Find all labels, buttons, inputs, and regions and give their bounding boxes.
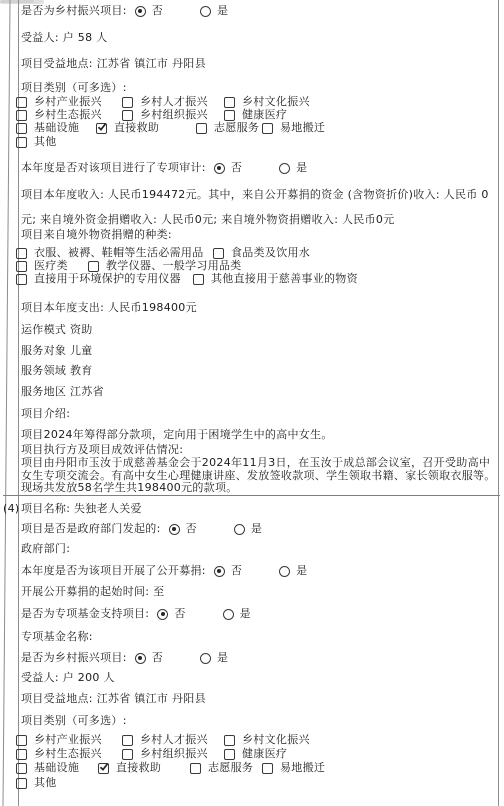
radio-no-label: 否 [231, 564, 242, 578]
radio-yes-icon[interactable] [279, 163, 290, 174]
radio-no-selected-icon[interactable] [135, 653, 146, 664]
field-audit-question: 本年度是否对该项目进行了专项审计: 否 是 [21, 161, 498, 175]
checkbox-icon[interactable] [16, 763, 27, 774]
category-row-1: 乡村产业振兴 乡村人才振兴 乡村文化振兴 [0, 95, 504, 109]
radio-yes-label: 是 [217, 4, 228, 18]
checkbox-label: 直接救助 [114, 121, 159, 135]
field-benefit-location: 项目受益地点: 江苏省 镇江市 丹阳县 [21, 57, 498, 71]
category-option[interactable]: 健康医疗 [224, 747, 287, 761]
checkbox-label: 教学仪器、一般学习用品类 [106, 259, 242, 273]
checkbox-label: 乡村产业振兴 [34, 733, 102, 747]
checkbox-label: 健康医疗 [242, 747, 287, 761]
category-option[interactable]: 健康医疗 [224, 108, 287, 122]
checkbox-icon[interactable] [122, 749, 133, 760]
checkbox-icon[interactable] [122, 735, 133, 746]
checkbox-icon[interactable] [224, 97, 235, 108]
checkbox-icon[interactable] [224, 749, 235, 760]
checkbox-label: 乡村生态振兴 [34, 747, 102, 761]
radio-yes-label: 是 [296, 161, 307, 175]
field-text: 开展公开募捐的起始时间: 至 [21, 585, 164, 598]
category-row-4: 其他 [0, 776, 504, 790]
field-text: 受益人: 户 58 人 [21, 31, 108, 44]
checkbox-checked-icon[interactable] [98, 763, 109, 774]
category-option[interactable]: 乡村产业振兴 [16, 95, 102, 109]
field-text: 服务对象 儿童 [21, 344, 93, 357]
field-category-label: 项目类别（可多选）: [21, 81, 498, 95]
checkbox-label: 直接救助 [116, 761, 161, 775]
field-label: 本年度是否对该项目进行了专项审计: [21, 161, 206, 175]
field-beneficiary: 受益人: 户 58 人 [21, 31, 498, 45]
field-project-name: 项目名称: 失独老人关爱 [21, 502, 498, 516]
field-text: 专项基金名称: [21, 630, 93, 643]
field-annual-income: 项目本年度收入: 人民币194472元。其中，来自公开募捐的资金 (含物资折价)… [21, 183, 498, 232]
field-beneficiary: 受益人: 户 200 人 [21, 671, 498, 685]
field-operation-mode: 运作模式 资助 [21, 323, 498, 337]
category-option[interactable]: 乡村产业振兴 [16, 733, 102, 747]
checkbox-label: 乡村组织振兴 [140, 108, 208, 122]
field-evaluation-label: 项目执行方及项目成效评估情况: [21, 443, 498, 457]
field-label: 是否为专项基金支持项目: [21, 607, 149, 621]
checkmark-icon [97, 122, 107, 132]
checkbox-icon[interactable] [16, 274, 27, 285]
category-option-checked[interactable]: 直接救助 [96, 121, 159, 135]
overseas-kind-option[interactable]: 其他直接用于慈善事业的物资 [193, 272, 358, 286]
checkbox-label: 其他 [34, 776, 57, 790]
field-text: 项目名称: 失独老人关爱 [21, 502, 142, 515]
checkbox-label: 乡村生态振兴 [34, 108, 102, 122]
field-text: 项目由丹阳市玉汝于成慈善基金会于2024年11月3日，在玉汝于成总部会议室，召开… [21, 456, 496, 494]
checkbox-label: 基础设施 [34, 121, 79, 135]
checkbox-icon[interactable] [16, 735, 27, 746]
radio-no-label: 否 [152, 651, 163, 665]
category-row-2: 乡村生态振兴 乡村组织振兴 健康医疗 [0, 747, 504, 761]
radio-no-label: 否 [174, 607, 185, 621]
category-option[interactable]: 乡村文化振兴 [224, 95, 310, 109]
radio-no-label: 否 [231, 161, 242, 175]
item-4-marker: (4) [3, 502, 19, 516]
field-overseas-kinds-label: 项目来自境外物资捐赠的种类: [21, 228, 498, 242]
radio-yes-icon[interactable] [200, 6, 211, 17]
radio-no-selected-icon[interactable] [169, 524, 180, 535]
field-text: 服务地区 江苏省 [21, 385, 104, 398]
field-label: 是否为乡村振兴项目: [21, 651, 127, 665]
checkbox-label: 乡村产业振兴 [34, 95, 102, 109]
overseas-kind-option[interactable]: 食品类及饮用水 [213, 246, 310, 260]
field-text: 项目来自境外物资捐赠的种类: [21, 228, 172, 241]
radio-no-selected-icon[interactable] [214, 566, 225, 577]
checkbox-icon[interactable] [224, 735, 235, 746]
overseas-kind-option[interactable]: 衣服、被褥、鞋帽等生活必需用品 [16, 246, 204, 260]
checkbox-icon[interactable] [88, 261, 99, 272]
overseas-kinds-row-2: 医疗类 教学仪器、一般学习用品类 [0, 259, 504, 273]
checkbox-icon[interactable] [224, 110, 235, 121]
radio-no-selected-icon[interactable] [214, 163, 225, 174]
checkbox-label: 其他 [34, 135, 57, 149]
checkbox-label: 乡村人才振兴 [140, 95, 208, 109]
radio-yes-label: 是 [240, 607, 251, 621]
radio-yes-icon[interactable] [234, 524, 245, 535]
checkmark-icon [99, 762, 109, 772]
category-option[interactable]: 乡村人才振兴 [122, 95, 208, 109]
field-text: 项目执行方及项目成效评估情况: [21, 443, 183, 456]
radio-yes-icon[interactable] [223, 609, 234, 620]
section-divider-line [3, 495, 500, 496]
category-row-3: 基础设施 直接救助 志愿服务 易地搬迁 [0, 761, 504, 775]
checkbox-label: 乡村人才振兴 [140, 733, 208, 747]
field-text: 项目本年度收入: 人民币194472元。其中，来自公开募捐的资金 (含物资折价)… [21, 188, 489, 226]
checkbox-icon[interactable] [16, 137, 27, 148]
field-text: 项目受益地点: 江苏省 镇江市 丹阳县 [21, 692, 206, 705]
field-category-label: 项目类别（可多选）: [21, 714, 498, 728]
checkbox-icon[interactable] [122, 97, 133, 108]
category-option[interactable]: 其他 [16, 776, 57, 790]
field-is-rural-project: 是否为乡村振兴项目: 否 是 [21, 4, 498, 18]
checkbox-icon[interactable] [196, 123, 207, 134]
category-option[interactable]: 易地搬迁 [262, 761, 325, 775]
category-option[interactable]: 乡村文化振兴 [224, 733, 310, 747]
checkbox-label: 乡村文化振兴 [242, 95, 310, 109]
field-gov-question: 项目是否是政府部门发起的: 否 是 [21, 522, 498, 536]
field-label: 是否为乡村振兴项目: [21, 4, 127, 18]
checkbox-label: 医疗类 [34, 259, 68, 273]
checkbox-icon[interactable] [16, 749, 27, 760]
field-service-area: 服务地区 江苏省 [21, 385, 498, 399]
checkbox-label: 衣服、被褥、鞋帽等生活必需用品 [34, 246, 204, 260]
field-text: 项目受益地点: 江苏省 镇江市 丹阳县 [21, 57, 206, 70]
category-row-2: 乡村生态振兴 乡村组织振兴 健康医疗 [0, 108, 504, 122]
checkbox-icon[interactable] [16, 261, 27, 272]
checkbox-icon[interactable] [190, 763, 201, 774]
field-text: 项目介绍: [21, 407, 70, 420]
field-text: 项目类别（可多选）: [21, 714, 127, 727]
radio-no-label: 否 [186, 522, 197, 536]
field-fundraise-time: 开展公开募捐的起始时间: 至 [21, 585, 498, 599]
checkbox-checked-icon[interactable] [96, 123, 107, 134]
checkbox-label: 直接用于环境保护的专用仪器 [34, 272, 181, 286]
checkbox-label: 易地搬迁 [280, 761, 325, 775]
field-service-field: 服务领域 教育 [21, 364, 498, 378]
field-text: 受益人: 户 200 人 [21, 671, 115, 684]
radio-yes-label: 是 [217, 651, 228, 665]
radio-no-label: 否 [152, 4, 163, 18]
field-label: 项目是否是政府部门发起的: [21, 522, 161, 536]
checkbox-label: 乡村组织振兴 [140, 747, 208, 761]
checkbox-icon[interactable] [16, 97, 27, 108]
radio-no-selected-icon[interactable] [135, 6, 146, 17]
field-text: 服务领域 教育 [21, 364, 93, 377]
checkbox-icon[interactable] [213, 248, 224, 259]
checkbox-icon[interactable] [16, 123, 27, 134]
field-special-fund-question: 是否为专项基金支持项目: 否 是 [21, 607, 498, 621]
field-benefit-location: 项目受益地点: 江苏省 镇江市 丹阳县 [21, 692, 498, 706]
category-row-1: 乡村产业振兴 乡村人才振兴 乡村文化振兴 [0, 733, 504, 747]
checkbox-icon[interactable] [122, 110, 133, 121]
overseas-kind-option[interactable]: 教学仪器、一般学习用品类 [88, 259, 242, 273]
overseas-kind-option[interactable]: 直接用于环境保护的专用仪器 [16, 272, 181, 286]
checkbox-label: 乡村文化振兴 [242, 733, 310, 747]
checkbox-icon[interactable] [16, 778, 27, 789]
field-gov-dept: 政府部门: [21, 542, 498, 556]
field-label: 本年度是否为该项目开展了公开募捐: [21, 564, 206, 578]
radio-yes-label: 是 [251, 522, 262, 536]
checkbox-label: 志愿服务 [214, 121, 259, 135]
category-option[interactable]: 易地搬迁 [262, 121, 325, 135]
field-text: 项目类别（可多选）: [21, 81, 127, 94]
field-intro-label: 项目介绍: [21, 407, 498, 421]
field-text: 政府部门: [21, 542, 70, 555]
radio-yes-icon[interactable] [279, 566, 290, 577]
overseas-kind-option[interactable]: 医疗类 [16, 259, 68, 273]
checkbox-label: 志愿服务 [208, 761, 253, 775]
field-text: 项目2024年筹得部分款项，定向用于困境学生中的高中女生。 [21, 428, 333, 441]
checkbox-icon[interactable] [262, 123, 273, 134]
category-row-3: 基础设施 直接救助 志愿服务 易地搬迁 [0, 121, 504, 135]
category-option[interactable]: 乡村组织振兴 [122, 108, 208, 122]
radio-yes-icon[interactable] [200, 653, 211, 664]
category-option-checked[interactable]: 直接救助 [98, 761, 161, 775]
overseas-kinds-row-1: 衣服、被褥、鞋帽等生活必需用品 食品类及饮用水 [0, 246, 504, 260]
category-row-4: 其他 [0, 135, 504, 149]
scanned-annual-report-form: 是否为乡村振兴项目: 否 是 受益人: 户 58 人 项目受益地点: 江苏省 镇… [0, 0, 504, 806]
field-annual-expense: 项目本年度支出: 人民币198400元 [21, 301, 498, 315]
category-option[interactable]: 乡村生态振兴 [16, 747, 102, 761]
checkbox-label: 易地搬迁 [280, 121, 325, 135]
checkbox-label: 其他直接用于慈善事业的物资 [211, 272, 358, 286]
checkbox-label: 健康医疗 [242, 108, 287, 122]
radio-yes-label: 是 [296, 564, 307, 578]
category-option[interactable]: 基础设施 [16, 761, 79, 775]
category-option[interactable]: 志愿服务 [190, 761, 253, 775]
radio-no-selected-icon[interactable] [157, 609, 168, 620]
checkbox-icon[interactable] [193, 274, 204, 285]
category-option[interactable]: 基础设施 [16, 121, 79, 135]
category-option[interactable]: 乡村人才振兴 [122, 733, 208, 747]
overseas-kinds-row-3: 直接用于环境保护的专用仪器 其他直接用于慈善事业的物资 [0, 272, 504, 286]
category-option[interactable]: 乡村组织振兴 [122, 747, 208, 761]
checkbox-label: 食品类及饮用水 [231, 246, 310, 260]
field-text: 运作模式 资助 [21, 323, 93, 336]
field-is-rural-project: 是否为乡村振兴项目: 否 是 [21, 651, 498, 665]
field-service-target: 服务对象 儿童 [21, 344, 498, 358]
field-text: 项目本年度支出: 人民币198400元 [21, 301, 197, 314]
category-option[interactable]: 志愿服务 [196, 121, 259, 135]
field-evaluation-text: 项目由丹阳市玉汝于成慈善基金会于2024年11月3日，在玉汝于成总部会议室，召开… [21, 457, 500, 495]
field-fundraise-question: 本年度是否为该项目开展了公开募捐: 否 是 [21, 564, 498, 578]
checkbox-label: 基础设施 [34, 761, 79, 775]
field-intro-text: 项目2024年筹得部分款项，定向用于困境学生中的高中女生。 [21, 428, 498, 442]
category-option[interactable]: 其他 [16, 135, 57, 149]
field-special-fund-name: 专项基金名称: [21, 630, 498, 644]
checkbox-icon[interactable] [16, 110, 27, 121]
category-option[interactable]: 乡村生态振兴 [16, 108, 102, 122]
checkbox-icon[interactable] [262, 763, 273, 774]
checkbox-icon[interactable] [16, 248, 27, 259]
